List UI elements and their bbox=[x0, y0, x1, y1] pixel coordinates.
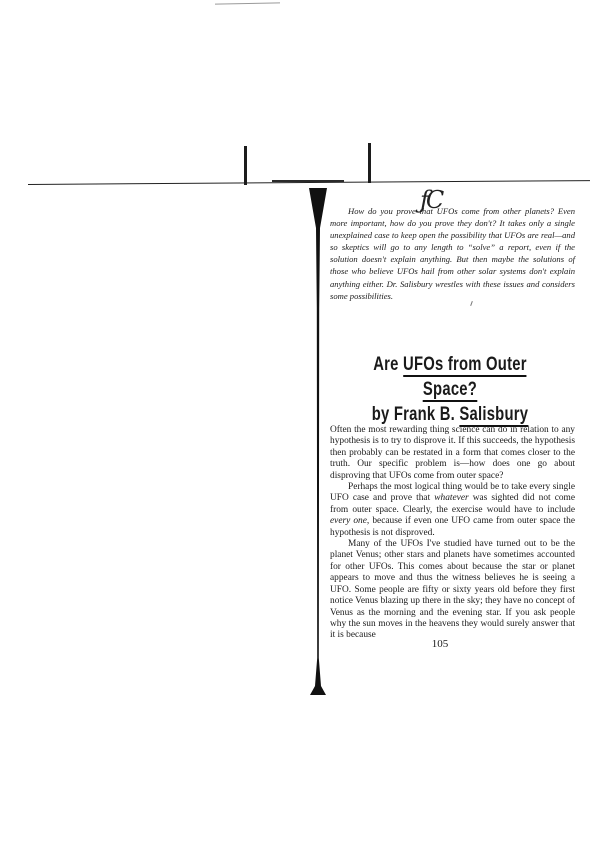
body-text-run: Often the most rewarding thing science c… bbox=[330, 425, 575, 481]
crop-mark-left bbox=[244, 146, 247, 185]
article-title: Are UFOs from Outer Space? bbox=[349, 352, 552, 402]
top-smudge-mark bbox=[215, 2, 280, 4]
article-heading: Are UFOs from Outer Space? by Frank B. S… bbox=[349, 352, 552, 427]
binding-spine-mark bbox=[305, 188, 331, 696]
body-paragraph: Often the most rewarding thing science c… bbox=[330, 425, 575, 482]
byline-author: Salisbury bbox=[459, 404, 528, 427]
article-byline: by Frank B. Salisbury bbox=[349, 402, 552, 427]
body-paragraph: Perhaps the most logical thing would be … bbox=[330, 482, 575, 539]
fold-line-segment bbox=[272, 180, 344, 182]
article-body: Often the most rewarding thing science c… bbox=[330, 425, 575, 642]
title-underlined: UFOs from Outer Space? bbox=[403, 354, 527, 402]
byline-prefix: by Frank B. bbox=[372, 404, 460, 425]
page-number: 105 bbox=[420, 638, 460, 650]
article-intro: How do you prove that UFOs come from oth… bbox=[330, 205, 575, 302]
emphasis-text: every one, bbox=[330, 516, 369, 526]
title-prefix: Are bbox=[373, 354, 403, 375]
body-text-run: Many of the UFOs I've studied have turne… bbox=[330, 539, 575, 640]
crop-mark-right bbox=[368, 143, 371, 183]
body-paragraph: Many of the UFOs I've studied have turne… bbox=[330, 539, 575, 642]
emphasis-text: whatever bbox=[434, 493, 468, 503]
